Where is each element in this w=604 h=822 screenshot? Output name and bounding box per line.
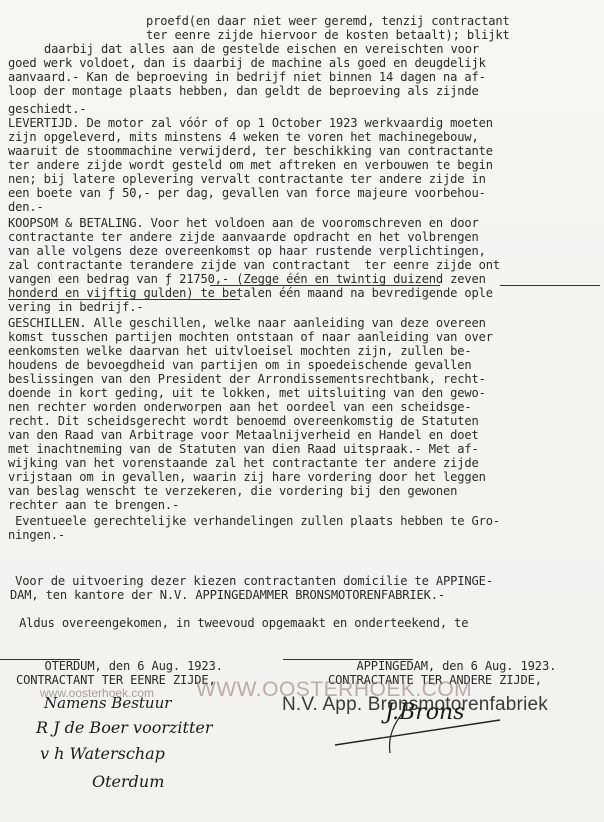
- contract-line: ter eenre zijde hiervoor de kosten betaa…: [146, 28, 510, 42]
- document-page: proefd(en daar niet weer geremd, tenzij …: [0, 0, 604, 822]
- signature-name: R J de Boer voorzitter: [36, 718, 213, 737]
- left-date: , den 6 Aug. 1923.: [94, 659, 222, 673]
- contract-line: honderd en vijftig gulden) te betalen éé…: [8, 286, 493, 300]
- contract-line: GESCHILLEN. Alle geschillen, welke naar …: [8, 316, 486, 330]
- left-place: OTERDUM: [45, 659, 95, 673]
- contract-line: vangen een bedrag van ƒ 21750,- (Zegge é…: [8, 272, 486, 286]
- contract-line: van alle volgens deze overeenkomst op ha…: [8, 244, 486, 258]
- contract-line: ningen.-: [8, 528, 65, 542]
- contract-line: daarbij dat alles aan de gestelde eische…: [44, 42, 479, 56]
- contract-line: waaruit de stoommachine verwijderd, ter …: [8, 144, 493, 158]
- contract-line: Voor de uitvoering dezer kiezen contract…: [8, 574, 493, 588]
- signature-brons-flourish: [330, 705, 510, 755]
- contract-line: nen; bij latere oplevering vervalt contr…: [8, 172, 486, 186]
- contract-line: beslissingen van den President der Arron…: [8, 372, 486, 386]
- contract-line: wijking van het vorenstaande zal het con…: [8, 456, 479, 470]
- right-place-underline: [283, 659, 413, 660]
- contract-line: zal contractante terandere zijde van con…: [8, 258, 500, 272]
- contract-line: recht. Dit scheidsgerecht wordt benoemd …: [8, 414, 479, 428]
- contract-line: ter andere zijde wordt gesteld om met af…: [8, 158, 493, 172]
- contract-line: met inachtneming van de Statuten van die…: [8, 442, 479, 456]
- contract-line: DAM, ten kantore der N.V. APPINGEDAMMER …: [10, 588, 445, 602]
- contract-line: aanvaard.- Kan de beproeving in bedrijf …: [8, 70, 486, 84]
- contract-line: den.-: [8, 200, 44, 214]
- signature-namens-bestuur: Namens Bestuur: [44, 694, 171, 712]
- contract-line: loop der montage plaats hebben, dan geld…: [8, 84, 479, 98]
- contract-line: van beslag wenscht te verzekeren, die vo…: [8, 484, 457, 498]
- contract-line: een boete van ƒ 50,- per dag, gevallen v…: [8, 186, 486, 200]
- contract-line: doende in kort geding, uit te lokken, me…: [8, 386, 486, 400]
- signature-waterschap: v h Waterschap: [40, 744, 165, 763]
- left-place-underline: [0, 659, 80, 660]
- contract-line: zijn opgeleverd, mits minstens 4 weken t…: [8, 130, 479, 144]
- contract-line: van den Raad van Arbitrage voor Metaalni…: [8, 428, 479, 442]
- contract-line: Eventueele gerechtelijke verhandelingen …: [8, 514, 500, 528]
- contract-line: goed werk voldoet, dan is daarbij de mac…: [8, 56, 486, 70]
- contract-line: eenkomsten welke daarvan het uitvloeisel…: [8, 344, 472, 358]
- amount-underline: [500, 285, 600, 286]
- contract-line: KOOPSOM & BETALING. Voor het voldoen aan…: [8, 216, 479, 230]
- contract-line: vering in bedrijf.-: [8, 300, 144, 314]
- contract-line: rechter aan te brengen.-: [8, 498, 179, 512]
- contract-line: contractante ter andere zijde aanvaarde …: [8, 230, 479, 244]
- left-party-label: CONTRACTANT TER EENRE ZIJDE,: [16, 673, 216, 687]
- contract-line: vrijstaan om in gevallen, waarin zij har…: [8, 470, 486, 484]
- right-date: , den 6 Aug. 1923.: [428, 659, 556, 673]
- contract-line: geschiedt.-: [8, 102, 86, 116]
- signature-oterdum: Oterdum: [92, 772, 164, 791]
- contract-line: Aldus overeengekomen, in tweevoud opgema…: [12, 616, 468, 630]
- contract-line: houdens de bevoegdheid van partijen om i…: [8, 358, 472, 372]
- contract-line: LEVERTIJD. De motor zal vóór of op 1 Oct…: [8, 116, 493, 130]
- right-place: APPINGEDAM: [357, 659, 428, 673]
- contract-line: komst tusschen partijen mochten ontstaan…: [8, 330, 493, 344]
- contract-line: nen rechter worden onderworpen aan het o…: [8, 400, 472, 414]
- contract-line: proefd(en daar niet weer geremd, tenzij …: [146, 14, 510, 28]
